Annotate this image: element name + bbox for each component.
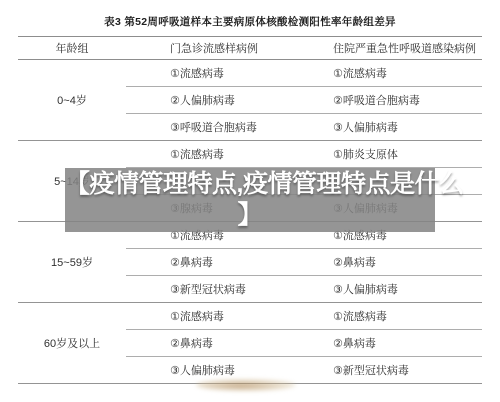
outpatient-cell: ③呼吸道合胞病毒 [126, 114, 298, 141]
inpatient-cell: ②鼻病毒 [298, 249, 482, 276]
inpatient-cell: ②鼻病毒 [298, 330, 482, 357]
age-group-cell: 60岁及以上 [18, 303, 126, 384]
outpatient-cell: ②鼻病毒 [126, 330, 298, 357]
outpatient-cell: ②人偏肺病毒 [126, 87, 298, 114]
inpatient-cell: ③人偏肺病毒 [298, 276, 482, 303]
page: 表3 第52周呼吸道样本主要病原体核酸检测阳性率年龄组差异 年龄组 门急诊流感样… [0, 0, 500, 402]
outpatient-cell: ①流感病毒 [126, 60, 298, 87]
inpatient-cell: ①肺炎支原体 [298, 141, 482, 168]
table-row: 60岁及以上①流感病毒①流感病毒 [18, 303, 482, 330]
inpatient-cell: ①流感病毒 [298, 303, 482, 330]
table-title: 表3 第52周呼吸道样本主要病原体核酸检测阳性率年龄组差异 [0, 14, 500, 29]
age-group-cell: 15~59岁 [18, 222, 126, 303]
overlay-text-line2: 】 [65, 201, 435, 229]
table-row: 0~4岁①流感病毒①流感病毒 [18, 60, 482, 87]
bottom-watermark-smudge [196, 379, 296, 391]
column-header-outpatient-ili-cases: 门急诊流感样病例 [126, 37, 298, 60]
inpatient-cell: ③新型冠状病毒 [298, 357, 482, 384]
outpatient-cell: ②鼻病毒 [126, 249, 298, 276]
inpatient-cell: ①流感病毒 [298, 60, 482, 87]
inpatient-cell: ③人偏肺病毒 [298, 114, 482, 141]
inpatient-cell: ②呼吸道合胞病毒 [298, 87, 482, 114]
outpatient-cell: ③新型冠状病毒 [126, 276, 298, 303]
header-row: 年龄组 门急诊流感样病例 住院严重急性呼吸道感染病例 [18, 37, 482, 60]
age-group-cell: 0~4岁 [18, 60, 126, 141]
outpatient-cell: ①流感病毒 [126, 303, 298, 330]
column-header-inpatient-sari-cases: 住院严重急性呼吸道感染病例 [298, 37, 482, 60]
table-row: 5~14岁①流感病毒①肺炎支原体 [18, 141, 482, 168]
watermark-overlay-banner: 【疫情管理特点,疫情管理特点是什么 】 [65, 168, 435, 232]
outpatient-cell: ①流感病毒 [126, 141, 298, 168]
column-header-age-group: 年龄组 [18, 37, 126, 60]
overlay-text-line1: 【疫情管理特点,疫情管理特点是什么 [65, 168, 435, 201]
